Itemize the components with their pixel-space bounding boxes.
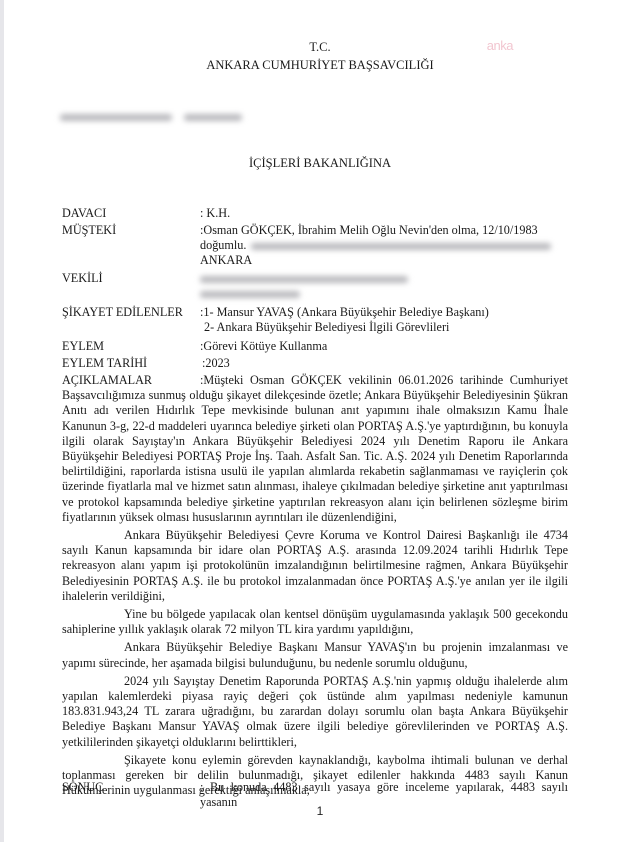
field-value: :2023 [200, 356, 568, 371]
field-value: :Görevi Kötüye Kullanma [200, 339, 568, 354]
field-davaci: DAVACI : K.H. [62, 206, 568, 221]
field-vekili: VEKİLİ [62, 271, 568, 301]
musteki-line-3: ANKARA [200, 253, 568, 268]
field-value: :1- Mansur YAVAŞ (Ankara Büyükşehir Bele… [200, 305, 568, 335]
field-label: ŞİKAYET EDİLENLER [62, 305, 200, 335]
prosecutor-office-title: ANKARA CUMHURİYET BAŞSAVCILIĞI [0, 58, 640, 73]
field-label: EYLEM [62, 339, 200, 354]
field-label: VEKİLİ [62, 271, 200, 301]
field-value: :Osman GÖKÇEK, İbrahim Melih Oğlu Nevin'… [200, 223, 568, 269]
recipient-heading: İÇİŞLERİ BAKANLIĞINA [0, 156, 640, 171]
accused-item-2: 2- Ankara Büyükşehir Belediyesi İlgili G… [200, 320, 568, 335]
field-label: DAVACI [62, 206, 200, 221]
field-sikayet-edilenler: ŞİKAYET EDİLENLER :1- Mansur YAVAŞ (Anka… [62, 305, 568, 335]
page-number: 1 [0, 804, 640, 818]
birth-label: doğumlu. [200, 238, 246, 252]
accused-item-1: :1- Mansur YAVAŞ (Ankara Büyükşehir Bele… [200, 305, 568, 320]
explanation-body: AÇIKLAMALAR:Müşteki Osman GÖKÇEK vekilin… [62, 373, 568, 801]
paragraph-1: AÇIKLAMALAR:Müşteki Osman GÖKÇEK vekilin… [62, 373, 568, 525]
field-eylem: EYLEM :Görevi Kötüye Kullanma [62, 339, 568, 354]
field-musteki: MÜŞTEKİ :Osman GÖKÇEK, İbrahim Melih Oğl… [62, 223, 568, 269]
field-value-redacted [200, 271, 568, 301]
musteki-line-1: :Osman GÖKÇEK, İbrahim Melih Oğlu Nevin'… [200, 223, 568, 238]
paragraph-2: Ankara Büyükşehir Belediyesi Çevre Korum… [62, 528, 568, 604]
field-label: EYLEM TARİHİ [62, 356, 200, 371]
address-redacted [251, 243, 551, 250]
field-label-aciklamalar: AÇIKLAMALAR [62, 373, 200, 388]
field-eylem-tarihi: EYLEM TARİHİ :2023 [62, 356, 568, 371]
paragraph-3: Yine bu bölgede yapılacak olan kentsel d… [62, 607, 568, 637]
field-value: : K.H. [200, 206, 568, 221]
musteki-line-2: doğumlu. [200, 238, 568, 253]
country-abbreviation: T.C. [0, 40, 640, 55]
paragraph-4: Ankara Büyükşehir Belediye Başkanı Mansu… [62, 640, 568, 670]
page-left-edge [0, 0, 4, 842]
reference-number-redacted [60, 108, 242, 126]
field-label: MÜŞTEKİ [62, 223, 200, 269]
paragraph-5: 2024 yılı Sayıştay Denetim Raporunda POR… [62, 674, 568, 750]
